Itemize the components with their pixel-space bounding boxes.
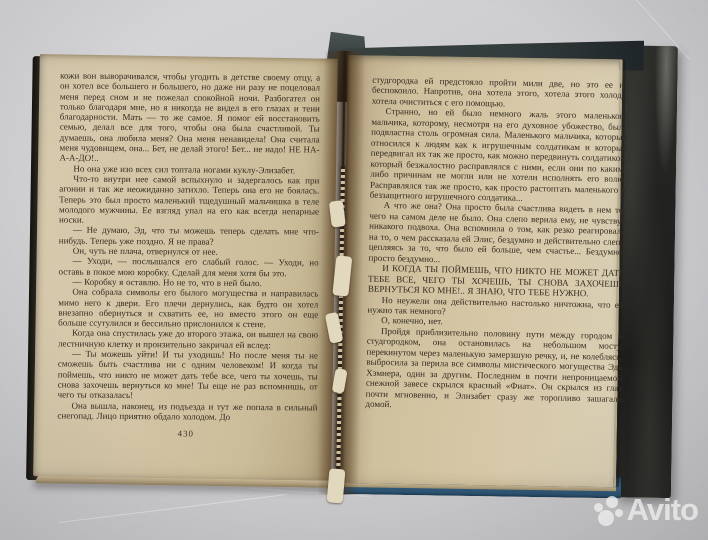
- paragraph: И КОГДА ТЫ ПОЙМЕШЬ, ЧТО НИКТО НЕ МОЖЕТ Д…: [368, 263, 625, 300]
- left-page: кожи вон выворачивался, чтобы угодить в …: [33, 54, 338, 481]
- avito-logo-icon: [593, 494, 623, 526]
- avito-watermark: Avito: [593, 492, 698, 528]
- photo-open-book: кожи вон выворачивался, чтобы угодить в …: [0, 0, 708, 540]
- avito-watermark-text: Avito: [627, 492, 698, 528]
- left-page-text: кожи вон выворачивался, чтобы угодить в …: [57, 71, 320, 423]
- right-page: студгородка ей предстояло пройти мили дв…: [341, 55, 623, 487]
- paragraph: Она собрала символы его былого могуществ…: [58, 287, 318, 330]
- left-page-number: 430: [56, 427, 316, 441]
- paragraph: Когда она спустилась уже до второго этаж…: [58, 328, 318, 351]
- paragraph: Пройдя приблизительно половину пути межд…: [365, 326, 623, 415]
- paragraph: Странно, но ей было немного жаль этого м…: [370, 106, 628, 205]
- table-scratch: [59, 494, 287, 523]
- open-book: кожи вон выворачивался, чтобы угодить в …: [23, 40, 676, 502]
- paragraph: кожи вон выворачивался, чтобы угодить в …: [59, 71, 320, 166]
- paragraph: — Уходи, — послышался его слабый голос. …: [59, 256, 319, 279]
- paragraph: — Ты можешь уйти! И ты уходишь! Но после…: [58, 349, 318, 403]
- paragraph: Что-то внутри нее самой вспыхнуло и заде…: [59, 173, 319, 227]
- right-page-text: студгородка ей предстояло пройти мили дв…: [365, 75, 628, 415]
- paragraph: — Не думаю, Эд, что ты можешь теперь сде…: [59, 225, 319, 248]
- paragraph: Она вышла, наконец, из подъезда и тут же…: [57, 400, 317, 423]
- paragraph: А что же она? Она просто была счастлива …: [368, 200, 625, 268]
